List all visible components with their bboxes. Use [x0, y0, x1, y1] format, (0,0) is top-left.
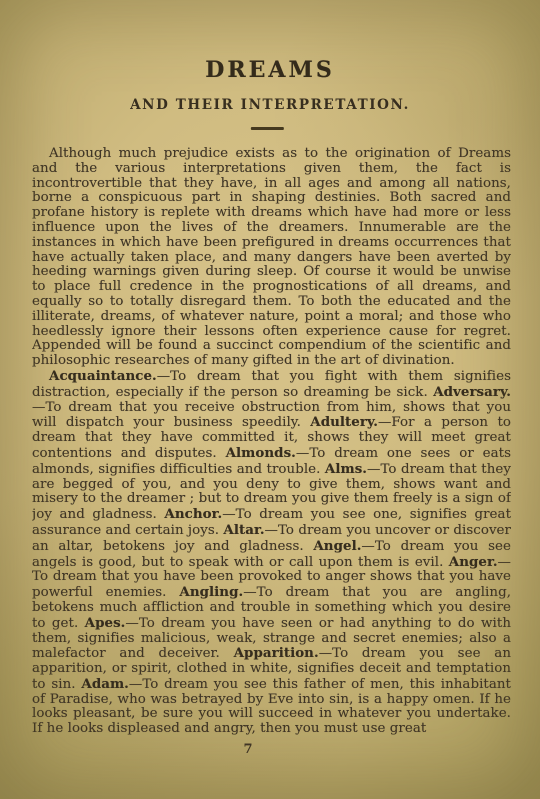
page-subtitle: AND THEIR INTERPRETATION. [0, 97, 540, 113]
dream-entry-term: Adultery. [310, 414, 378, 430]
dream-entries-paragraph: Acquaintance.—To dream that you fight wi… [32, 369, 511, 737]
page-title: DREAMS [0, 57, 540, 83]
book-page: DREAMS AND THEIR INTERPRETATION. Althoug… [0, 0, 540, 799]
dream-entry-term: Altar. [223, 522, 264, 538]
body-text: Although much prejudice exists as to the… [32, 147, 511, 739]
dream-entry-term: Angel. [313, 538, 361, 554]
page-number: 7 [0, 742, 496, 757]
dream-entry-term: Angling. [179, 584, 243, 600]
dream-entry-term: Apes. [85, 615, 126, 631]
dream-entry-term: Anchor. [164, 506, 222, 522]
dream-entry-term: Almonds. [226, 445, 296, 461]
dream-entry-term: Adversary. [433, 384, 511, 400]
dream-entry-term: Apparition. [234, 645, 319, 661]
intro-paragraph: Although much prejudice exists as to the… [32, 147, 511, 369]
dream-entry-term: Adam. [81, 676, 129, 692]
dream-entry-term: Acquaintance. [49, 368, 157, 384]
title-divider [251, 127, 284, 130]
dream-entry-term: Alms. [325, 461, 367, 477]
dream-entry-term: Anger. [449, 554, 498, 570]
